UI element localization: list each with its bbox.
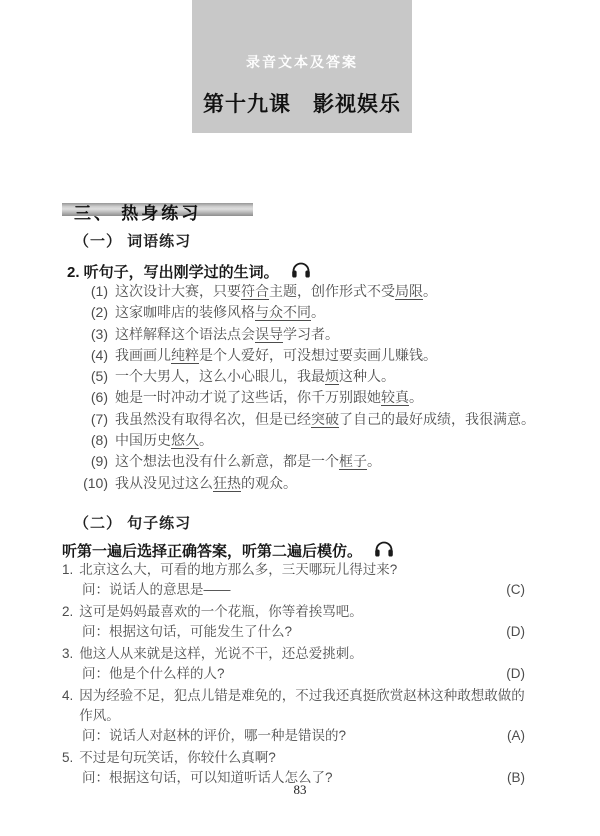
word-item: (1)这次设计大赛，只要符合主题，创作形式不受局限。 <box>78 281 558 302</box>
vocabulary-word: 纯粹 <box>171 347 199 363</box>
word-item-number: (1) <box>78 281 108 302</box>
word-item-number: (3) <box>78 324 108 345</box>
vocabulary-word: 突破 <box>311 411 339 427</box>
word-item-text: 一个大男人，这么小心眼儿，我最烦这种人。 <box>115 366 395 387</box>
answer-letter: (D) <box>506 664 525 684</box>
question-number: 1. <box>62 560 73 580</box>
vocabulary-word: 较真 <box>381 389 409 405</box>
word-item-number: (10) <box>78 473 108 494</box>
question-number: 3. <box>62 644 73 664</box>
word-item-text: 中国历史悠久。 <box>115 430 213 451</box>
question-block: 4.因为经验不足，犯点儿错是难免的，不过我还真挺欣赏赵林这种敢想敢做的作风。问：… <box>62 686 525 746</box>
sentence-fragment: 。 <box>367 453 381 469</box>
sentence-fragment: 这样解释这个语法点会 <box>115 326 255 342</box>
question-statement: 因为经验不足，犯点儿错是难免的，不过我还真挺欣赏赵林这种敢想敢做的作风。 <box>79 686 525 726</box>
sentence-fragment: 学习者。 <box>283 326 339 342</box>
vocabulary-word: 与众不同 <box>255 304 311 320</box>
sentence-fragment: 这次设计大赛，只要 <box>115 283 241 299</box>
question-block: 2.这可是妈妈最喜欢的一个花瓶，你等着挨骂吧。问：根据这句话，可能发生了什么?(… <box>62 602 525 642</box>
answer-letter: (C) <box>506 580 525 600</box>
answer-letter: (D) <box>506 622 525 642</box>
sentence-fragment: 她是一时冲动才说了这些话，你千万别跟她 <box>115 389 381 405</box>
word-item: (5)一个大男人，这么小心眼儿，我最烦这种人。 <box>78 366 558 387</box>
word-item: (9)这个想法也没有什么新意，都是一个框子。 <box>78 451 558 472</box>
word-item: (4)我画画儿纯粹是个人爱好，可没想过要卖画儿赚钱。 <box>78 345 558 366</box>
sentence-fragment: 我画画儿 <box>115 347 171 363</box>
part2-heading: （二） 句子练习 <box>74 512 191 533</box>
sentence-fragment: 中国历史 <box>115 432 171 448</box>
word-item-text: 这样解释这个语法点会误导学习者。 <box>115 324 339 345</box>
question-prompt-line: 问：说话人的意思是——(C) <box>62 580 525 600</box>
word-item-text: 她是一时冲动才说了这些话，你千万别跟她较真。 <box>115 387 423 408</box>
question-prompt-line: 问：说话人对赵林的评价，哪一种是错误的?(A) <box>62 726 525 746</box>
word-item-text: 我虽然没有取得名次，但是已经突破了自己的最好成绩，我很满意。 <box>115 409 535 430</box>
vocabulary-word: 框子 <box>339 453 367 469</box>
vocabulary-word: 悠久 <box>171 432 199 448</box>
word-item-number: (7) <box>78 409 108 430</box>
word-item: (8)中国历史悠久。 <box>78 430 558 451</box>
word-item: (7)我虽然没有取得名次，但是已经突破了自己的最好成绩，我很满意。 <box>78 409 558 430</box>
question-number: 5. <box>62 748 73 768</box>
question-prompt: 问：根据这句话，可能发生了什么? <box>82 622 292 642</box>
word-item: (10)我从没见过这么狂热的观众。 <box>78 473 558 494</box>
word-item-text: 我画画儿纯粹是个人爱好，可没想过要卖画儿赚钱。 <box>115 345 437 366</box>
word-item: (6)她是一时冲动才说了这些话，你千万别跟她较真。 <box>78 387 558 408</box>
word-item: (2)这家咖啡店的装修风格与众不同。 <box>78 302 558 323</box>
sentence-fragment: 这种人。 <box>339 368 395 384</box>
word-item-text: 我从没见过这么狂热的观众。 <box>115 473 297 494</box>
sentence-fragment: 我虽然没有取得名次，但是已经 <box>115 411 311 427</box>
sentence-fragment: 主题，创作形式不受 <box>269 283 395 299</box>
sentence-fragment: 我从没见过这么 <box>115 475 213 491</box>
word-item-number: (8) <box>78 430 108 451</box>
part2-instruction: 听第一遍后选择正确答案，听第二遍后模仿。 <box>62 540 362 561</box>
word-item-text: 这家咖啡店的装修风格与众不同。 <box>115 302 325 323</box>
question-statement: 北京这么大，可看的地方那么多，三天哪玩儿得过来? <box>79 560 397 580</box>
textbook-page: 录音文本及答案 第十九课 影视娱乐 三、 热身练习 （一） 词语练习 2. 听句… <box>0 0 600 836</box>
question-statement: 他这人从来就是这样，光说不干，还总爱挑刺。 <box>79 644 363 664</box>
question-block: 1.北京这么大，可看的地方那么多，三天哪玩儿得过来?问：说话人的意思是——(C) <box>62 560 525 600</box>
lesson-subtitle: 录音文本及答案 <box>246 52 358 72</box>
word-item-number: (4) <box>78 345 108 366</box>
question-prompt: 问：说话人的意思是—— <box>82 580 231 600</box>
sentence-fragment: 了自己的最好成绩，我很满意。 <box>339 411 535 427</box>
sentence-fragment: 这家咖啡店的装修风格 <box>115 304 255 320</box>
question-statement-line: 2.这可是妈妈最喜欢的一个花瓶，你等着挨骂吧。 <box>62 602 525 622</box>
vocabulary-word: 符合 <box>241 283 269 299</box>
question-statement-line: 1.北京这么大，可看的地方那么多，三天哪玩儿得过来? <box>62 560 525 580</box>
question-prompt-line: 问：根据这句话，可能发生了什么?(D) <box>62 622 525 642</box>
sentence-fragment: 。 <box>199 432 213 448</box>
word-exercise-list: (1)这次设计大赛，只要符合主题，创作形式不受局限。(2)这家咖啡店的装修风格与… <box>78 281 558 494</box>
word-item-number: (9) <box>78 451 108 472</box>
lesson-header-box: 录音文本及答案 第十九课 影视娱乐 <box>192 0 412 133</box>
section-header-label: 三、 热身练习 <box>74 199 201 224</box>
question-statement-line: 5.不过是句玩笑话，你较什么真啊? <box>62 748 525 768</box>
word-item-number: (6) <box>78 387 108 408</box>
sentence-fragment: 是个人爱好，可没想过要卖画儿赚钱。 <box>199 347 437 363</box>
lesson-title: 第十九课 影视娱乐 <box>203 88 401 118</box>
sentence-exercise-list: 1.北京这么大，可看的地方那么多，三天哪玩儿得过来?问：说话人的意思是——(C)… <box>62 560 525 790</box>
word-item-text: 这次设计大赛，只要符合主题，创作形式不受局限。 <box>115 281 437 302</box>
part1-heading: （一） 词语练习 <box>74 230 191 251</box>
question-block: 3.他这人从来就是这样，光说不干，还总爱挑刺。问：他是个什么样的人?(D) <box>62 644 525 684</box>
word-item-number: (5) <box>78 366 108 387</box>
sentence-fragment: 一个大男人，这么小心眼儿，我最 <box>115 368 325 384</box>
question-number: 4. <box>62 686 73 726</box>
question-number: 2. <box>62 602 73 622</box>
question-prompt-line: 问：他是个什么样的人?(D) <box>62 664 525 684</box>
vocabulary-word: 烦 <box>325 368 339 384</box>
question-statement: 不过是句玩笑话，你较什么真啊? <box>79 748 276 768</box>
word-item: (3)这样解释这个语法点会误导学习者。 <box>78 324 558 345</box>
sentence-fragment: 。 <box>423 283 437 299</box>
question-prompt: 问：说话人对赵林的评价，哪一种是错误的? <box>82 726 346 746</box>
vocabulary-word: 狂热 <box>213 475 241 491</box>
page-number: 83 <box>0 782 600 798</box>
question-statement-line: 3.他这人从来就是这样，光说不干，还总爱挑刺。 <box>62 644 525 664</box>
sentence-fragment: 。 <box>311 304 325 320</box>
part1-instruction: 2. 听句子，写出刚学过的生词。 <box>67 261 279 282</box>
question-prompt: 问：他是个什么样的人? <box>82 664 225 684</box>
sentence-fragment: 这个想法也没有什么新意，都是一个 <box>115 453 339 469</box>
word-item-text: 这个想法也没有什么新意，都是一个框子。 <box>115 451 381 472</box>
word-item-number: (2) <box>78 302 108 323</box>
question-statement: 这可是妈妈最喜欢的一个花瓶，你等着挨骂吧。 <box>79 602 363 622</box>
vocabulary-word: 误导 <box>255 326 283 342</box>
vocabulary-word: 局限 <box>395 283 423 299</box>
sentence-fragment: 。 <box>409 389 423 405</box>
section-header-bar: 三、 热身练习 <box>62 203 253 216</box>
answer-letter: (A) <box>507 726 525 746</box>
sentence-fragment: 的观众。 <box>241 475 297 491</box>
question-statement-line: 4.因为经验不足，犯点儿错是难免的，不过我还真挺欣赏赵林这种敢想敢做的作风。 <box>62 686 525 726</box>
